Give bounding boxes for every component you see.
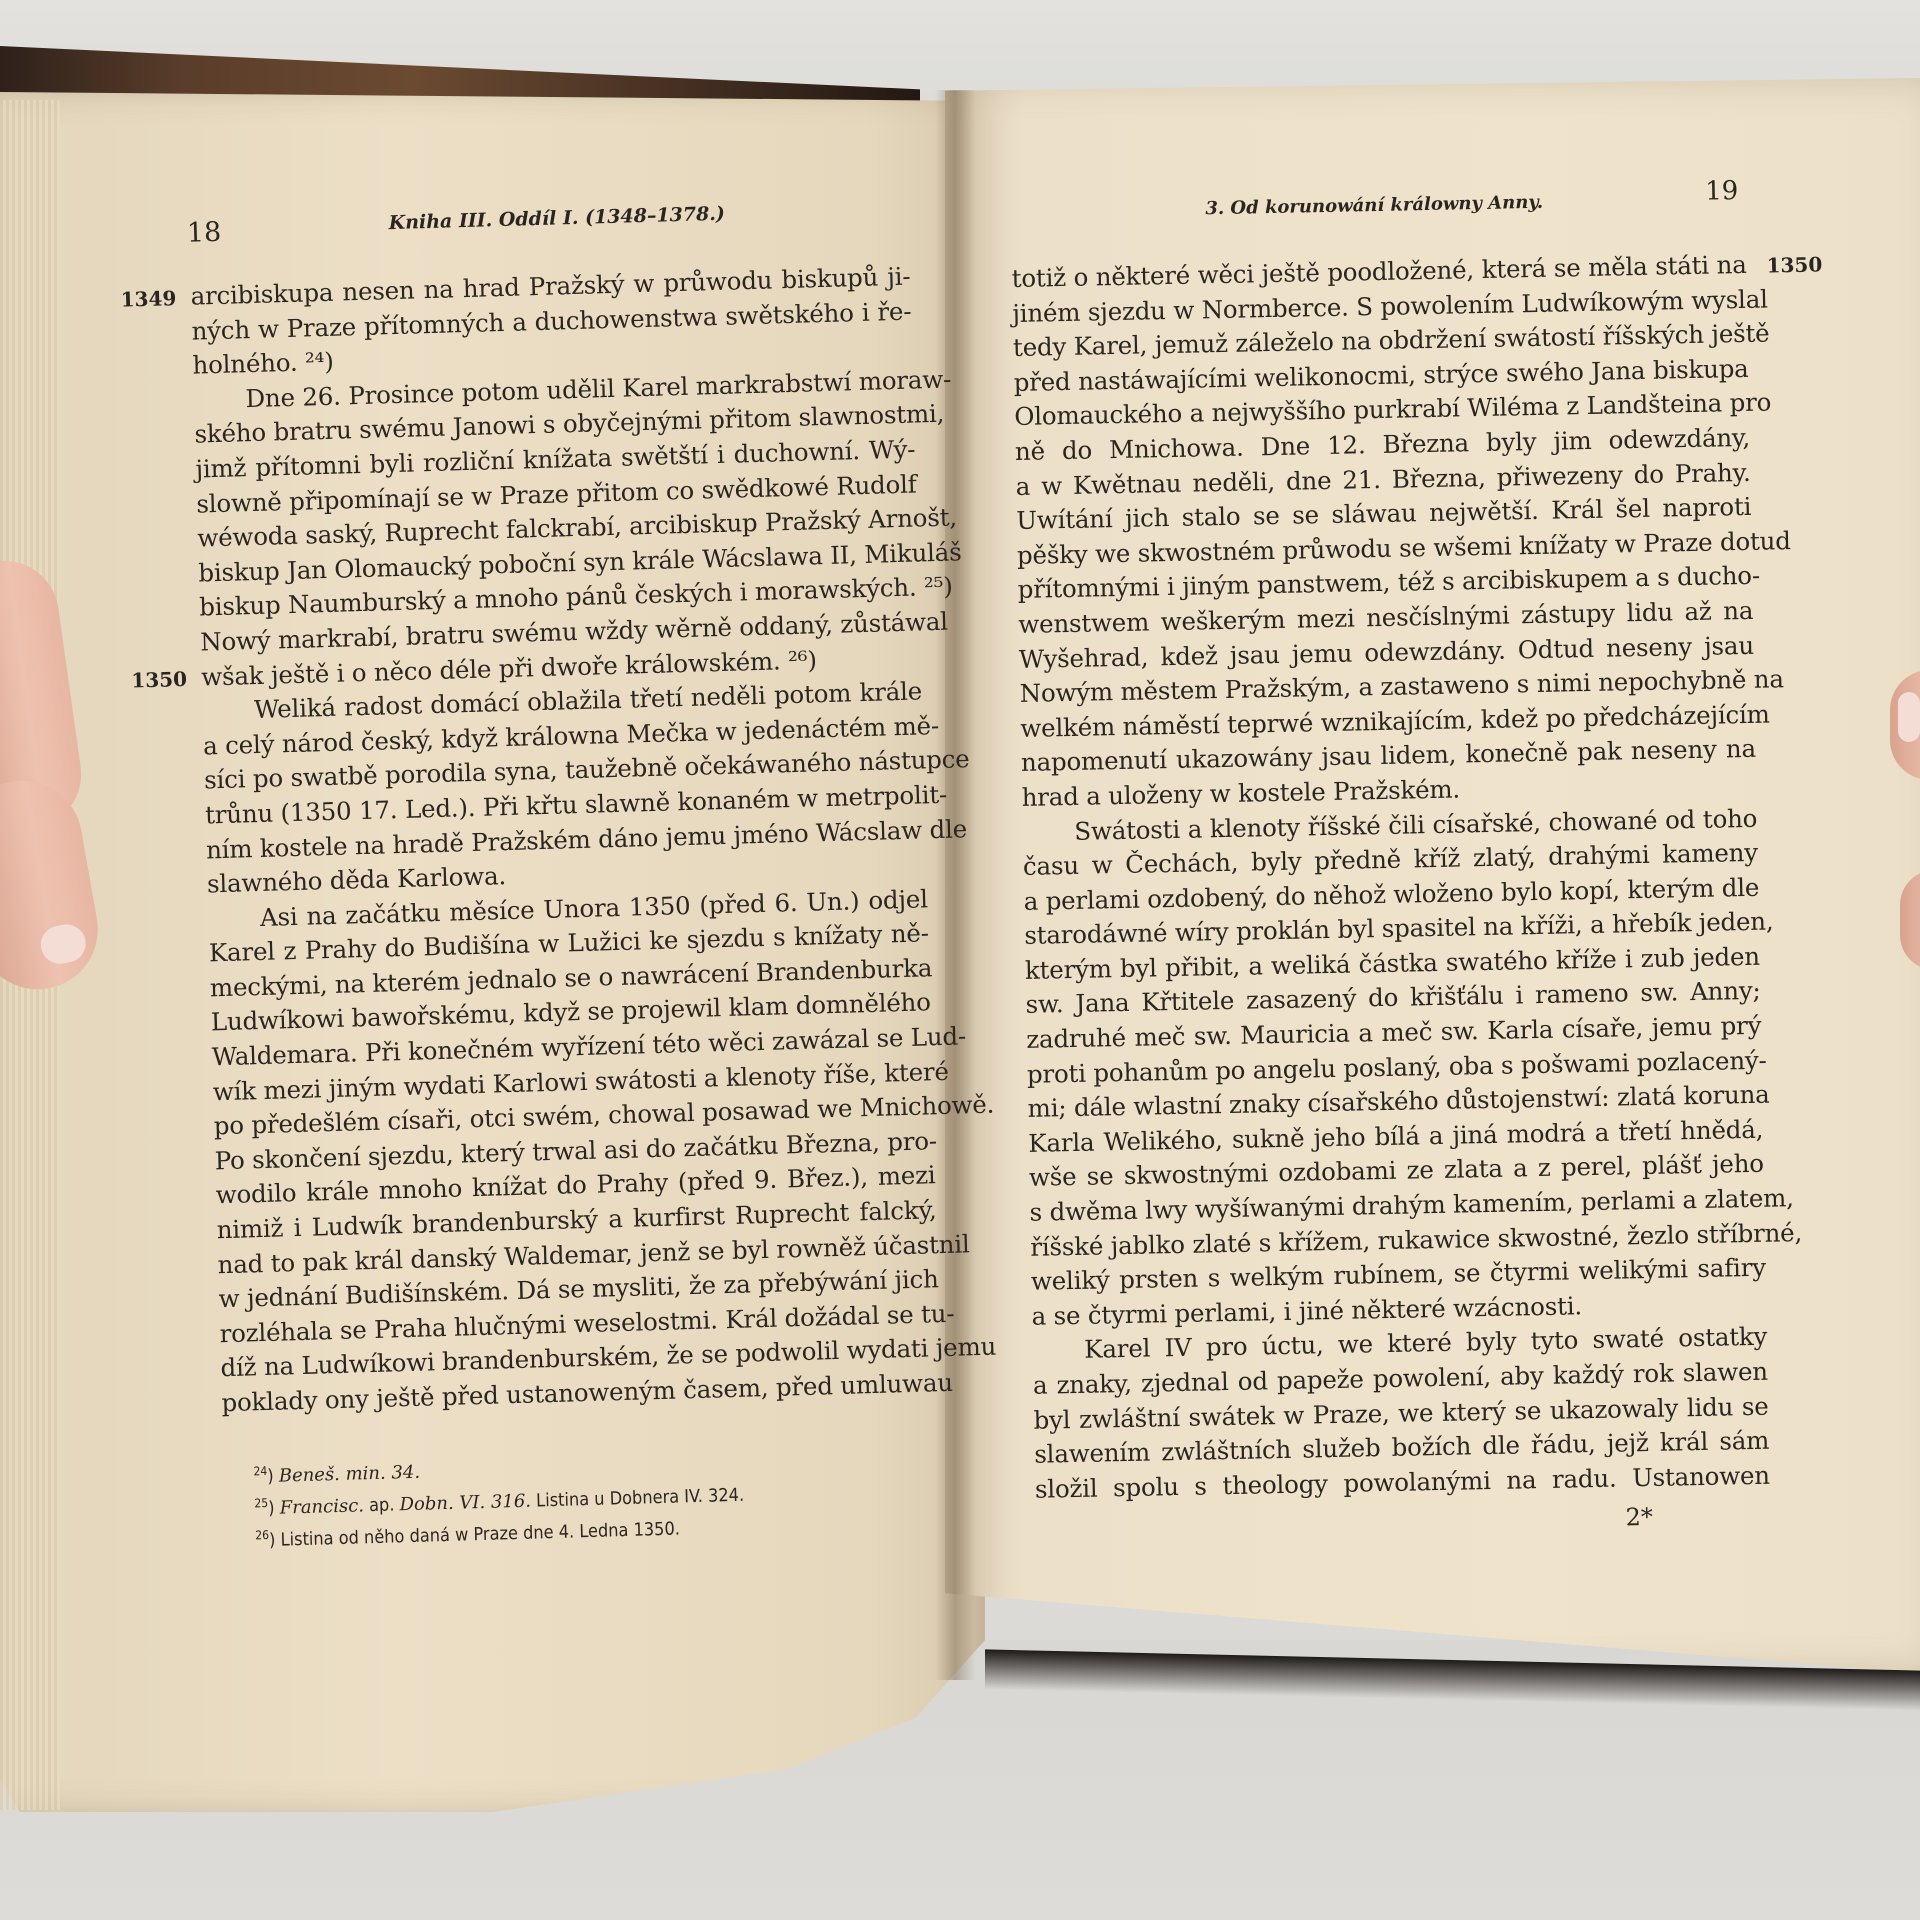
left-body-text: arcibiskupa nesen na hrad Pražský w průw… <box>120 258 982 1422</box>
right-running-title: 3. Od korunowání králowny Anny. <box>1205 192 1543 219</box>
page-number-right: 19 <box>1705 176 1739 207</box>
left-running-title: Kniha III. Oddíl I. (1348–1378.) <box>388 203 725 234</box>
fingernail <box>38 922 89 967</box>
left-page-content: 18 Kniha III. Oddíl I. (1348–1378.) arci… <box>118 186 985 1556</box>
signature-mark: 2* <box>1625 1500 1835 1532</box>
marginal-year: 1349 <box>120 286 176 312</box>
right-body-text: totiž o některé wěci ještě poodložené, k… <box>1011 247 1835 1508</box>
marginal-year: 1350 <box>1766 252 1822 277</box>
page-number-left: 18 <box>186 217 221 249</box>
fingernail <box>1898 692 1920 742</box>
marginal-year: 1350 <box>131 667 187 693</box>
footnotes: 24) Beneš. min. 34.25) Francisc. ap. Dob… <box>253 1438 985 1554</box>
right-page-content: 3. Od korunowání králowny Anny. 19 totiž… <box>1010 175 1836 1543</box>
